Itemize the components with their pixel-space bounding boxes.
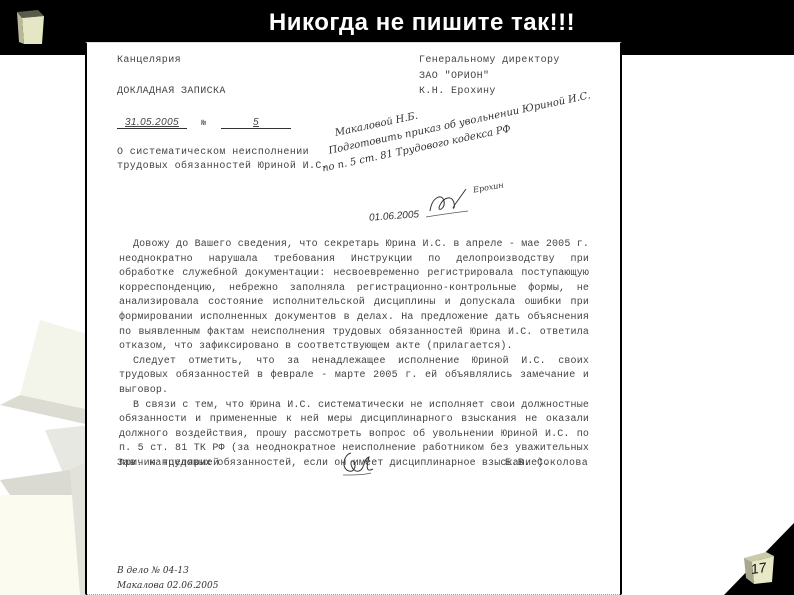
signer-signature-icon [337,449,377,481]
background-cubes-decoration [0,320,90,595]
filing-note-line-1: В дело № 04-13 [117,566,189,576]
body-paragraph: Довожу до Вашего сведения, что секретарь… [119,238,589,355]
document-number: 5 [221,117,291,129]
document-page: Канцелярия ДОКЛАДНАЯ ЗАПИСКА 31.05.2005 … [85,42,622,595]
body-paragraph: Следует отметить, что за ненадлежащее ис… [119,355,589,399]
subject-line-1: О систематическом неисполнении [117,147,309,158]
filing-note-line-2: Макалова 02.06.2005 [117,581,218,591]
signer-name: Е.В. Соколова [505,458,588,469]
document-type: ДОКЛАДНАЯ ЗАПИСКА [117,86,226,97]
addressee-line-1: Генеральному директору [419,55,560,66]
director-signature-icon [422,183,472,223]
document-body: Довожу до Вашего сведения, что секретарь… [119,238,589,472]
date-number-line: 31.05.2005 № 5 [117,117,291,129]
page-number: 17 [751,559,767,577]
document-date: 31.05.2005 [117,117,187,129]
addressee-line-2: ЗАО "ОРИОН" [419,71,489,82]
department-label: Канцелярия [117,55,181,66]
subject-line-2: трудовых обязанностей Юриной И.С. [117,161,328,172]
slide-title: Никогда не пишите так!!! [0,9,794,37]
signer-position: Зав. канцелярией [117,458,219,469]
number-sign: № [201,119,206,128]
